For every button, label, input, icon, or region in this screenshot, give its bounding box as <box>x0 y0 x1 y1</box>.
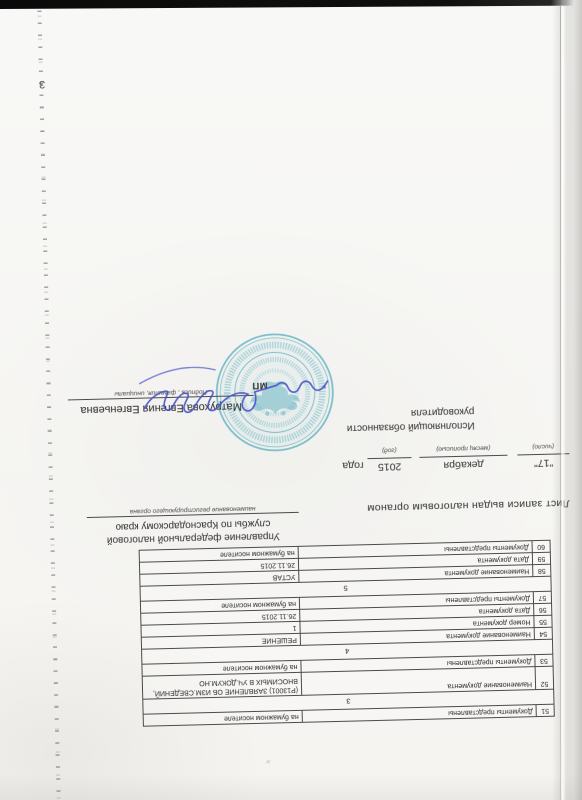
bottom-scan-shade <box>0 774 582 800</box>
date-month: декабря <box>419 455 507 473</box>
binding-perforation-marks <box>37 8 60 800</box>
date-year: 2015 <box>367 457 411 474</box>
row-value: (Р13001) ЗАЯВЛЕНИЕ ОБ ИЗМ.СВЕДЕНИЙ, ВНОС… <box>143 673 301 699</box>
registering-authority-block: Управление федеральной налоговой службы … <box>87 504 300 547</box>
document-page: 3 × 51Документы представленына бумажном … <box>0 0 582 800</box>
section-number: 3 <box>346 697 350 706</box>
issued-by-label: Лист записи выдан налоговым органом <box>367 497 570 514</box>
handwritten-signature <box>71 349 335 443</box>
row-label: Наименование документа <box>301 667 535 695</box>
date-year-caption: (год) <box>363 446 415 454</box>
stray-pen-mark: × <box>265 756 272 767</box>
documents-table: 51Документы представленына бумажном носи… <box>139 540 555 727</box>
row-number: 58 <box>532 565 550 576</box>
signer-position-block: Исполняющий обязанности руководителя <box>346 404 474 435</box>
scanned-document-screenshot: 3 × 51Документы представленына бумажном … <box>0 0 582 800</box>
row-number: 53 <box>534 655 552 666</box>
section-number: 4 <box>345 647 349 656</box>
row-number: 60 <box>532 541 550 552</box>
page-fold-crease <box>560 6 561 800</box>
signer-position-line1: Исполняющий обязанности <box>347 418 475 435</box>
row-number: 52 <box>535 667 554 689</box>
registering-authority-name: Управление федеральной налоговой службы … <box>87 512 300 547</box>
row-number: 56 <box>533 604 551 615</box>
row-number: 54 <box>534 628 552 639</box>
page-number: 3 <box>39 78 45 90</box>
date-month-caption: (месяц прописью) <box>413 444 513 453</box>
row-number: 55 <box>533 616 551 627</box>
row-number: 59 <box>532 553 550 564</box>
section-number: 5 <box>343 584 347 593</box>
row-number: 57 <box>533 592 551 603</box>
date-year-suffix: года <box>342 459 363 472</box>
page-fold-shadow <box>552 0 582 800</box>
